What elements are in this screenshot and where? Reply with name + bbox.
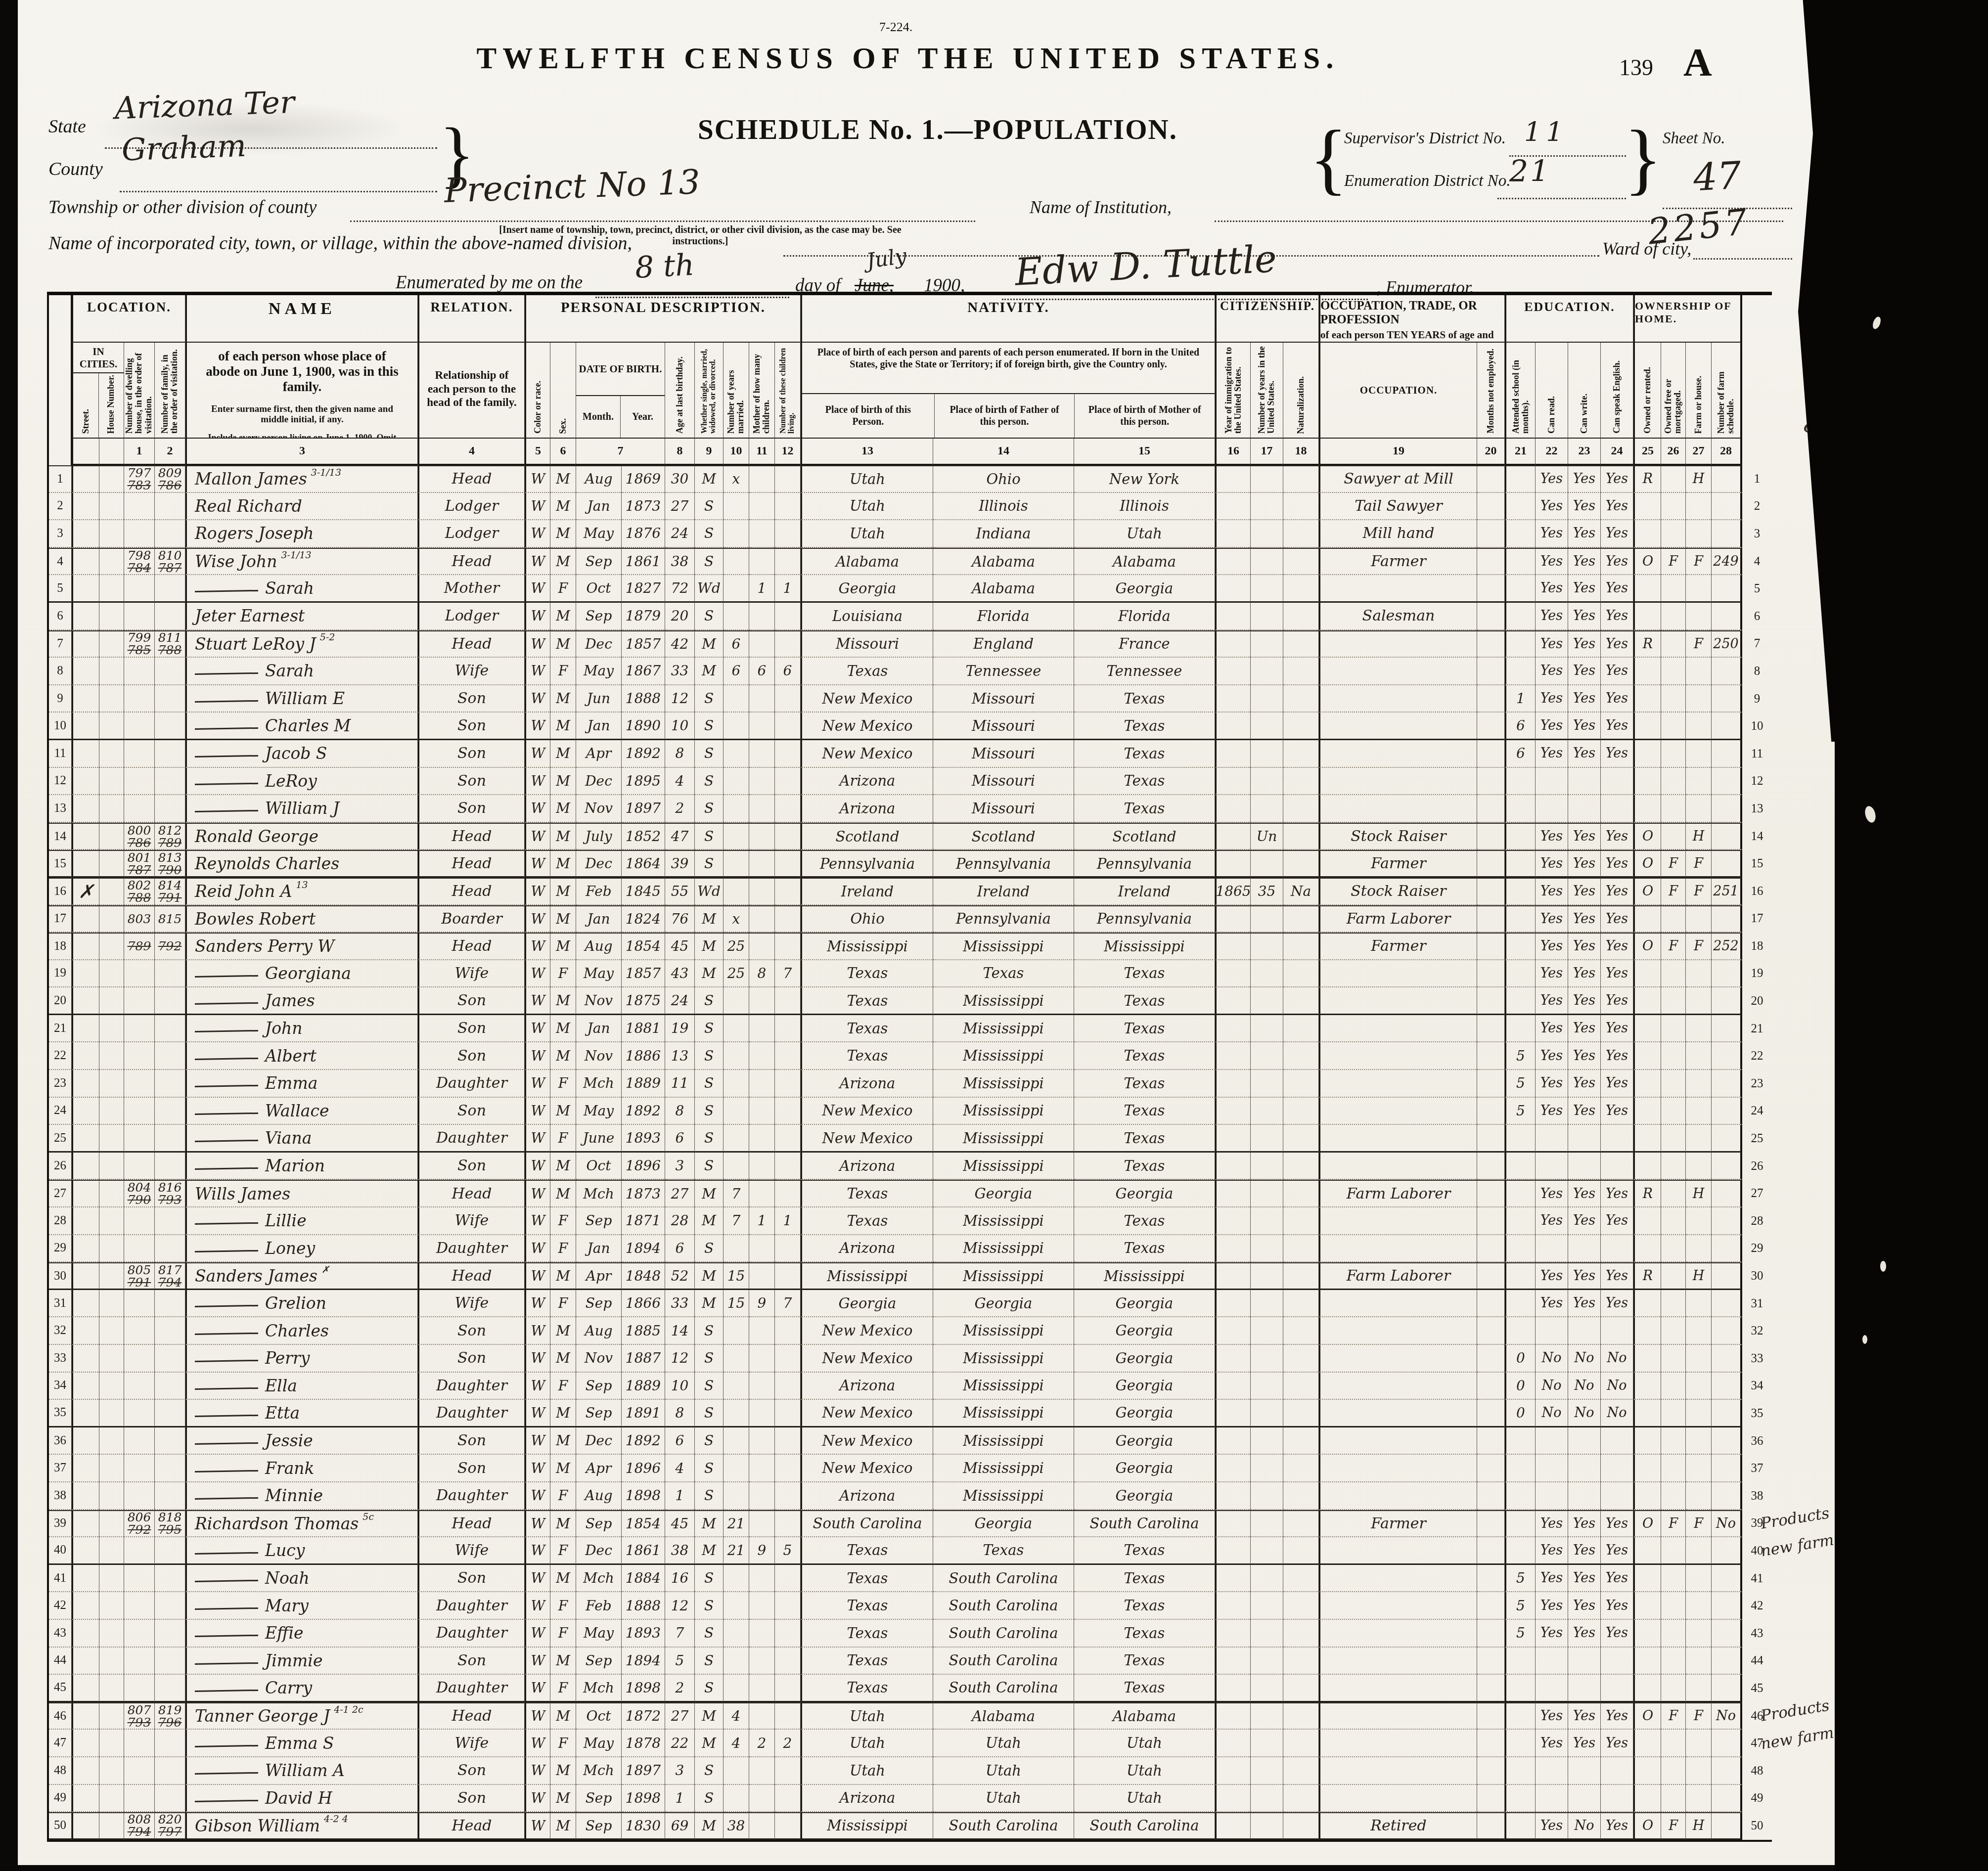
cell-yu-row-33: [1251, 1345, 1283, 1373]
cell-ym-row-41: [723, 1565, 749, 1593]
cell-value: H: [1693, 471, 1705, 487]
cell-fh-row-4: F: [1686, 548, 1712, 576]
cell-value: M: [556, 800, 570, 816]
cell-age-row-3: 24: [665, 520, 695, 548]
cell-mar-row-37: S: [695, 1455, 723, 1482]
cell-en-row-35: No: [1601, 1400, 1633, 1427]
cell-bm-row-25: June: [576, 1125, 622, 1153]
cell-ow-row-40: [1633, 1537, 1661, 1565]
cell-rd-row-12: [1536, 768, 1568, 796]
cell-rnl-row-32: 32: [49, 1317, 72, 1345]
cell-name-row-28: Lillie: [185, 1207, 418, 1235]
cell-fh-row-46: F: [1686, 1702, 1712, 1730]
cell-mn-row-6: [1477, 603, 1505, 630]
cell-na-row-50: [1283, 1812, 1319, 1840]
cell-cl-row-18: [775, 933, 801, 960]
cell-value: No: [1575, 1818, 1594, 1833]
cell-value: 1: [758, 580, 767, 596]
cell-bm-row-39: Sep: [576, 1510, 622, 1538]
cell-rnl-row-5: 5: [49, 575, 72, 603]
cell-value: W: [531, 471, 545, 487]
cell-pb-row-33: New Mexico: [801, 1345, 933, 1373]
cell-sc-row-30: [1505, 1262, 1536, 1290]
cell-fam-row-24: [155, 1098, 185, 1125]
person-name: Albert: [265, 1046, 316, 1066]
cell-value: Yes: [1573, 1736, 1595, 1751]
cell-fs-row-13: [1712, 795, 1742, 823]
cell-col-row-36: W: [525, 1427, 550, 1455]
cell-na-row-35: [1283, 1400, 1319, 1427]
cell-sc-row-40: [1505, 1537, 1536, 1565]
cell-value: Yes: [1573, 471, 1595, 487]
cell-value: 1869: [626, 471, 661, 487]
cell-value: H: [1693, 1268, 1705, 1284]
cell-rnl-row-24: 24: [49, 1098, 72, 1125]
col-street-header: Street.: [73, 373, 98, 438]
cell-mar-row-48: S: [695, 1757, 723, 1785]
cell-value: Georgia: [1116, 580, 1174, 597]
cell-mar-row-27: M: [695, 1180, 723, 1207]
cell-fam-row-13: [155, 795, 185, 823]
cell-im-row-12: [1215, 768, 1251, 796]
cell-value: Utah: [850, 1735, 885, 1751]
cell-mn-row-2: [1477, 493, 1505, 521]
cell-rnl-row-23: 23: [49, 1070, 72, 1098]
cell-by-row-25: 1893: [622, 1125, 665, 1153]
cell-rd-row-19: Yes: [1536, 960, 1568, 988]
cell-pf-row-31: Georgia: [933, 1290, 1074, 1318]
cell-value: Missouri: [972, 690, 1035, 707]
cell-sc-row-10: 6: [1505, 713, 1536, 740]
cell-value: W: [531, 1735, 545, 1751]
row-number: 22: [54, 1049, 66, 1063]
cell-by-row-43: 1893: [622, 1620, 665, 1648]
cell-pm-row-34: Georgia: [1074, 1373, 1215, 1400]
cell-sc-row-22: 5: [1505, 1042, 1536, 1070]
cell-value: Arizona: [840, 772, 896, 789]
cell-value: W: [531, 1652, 545, 1669]
colnum-22: 22: [1536, 439, 1568, 465]
cell-fm-row-47: [1661, 1730, 1686, 1757]
cell-age-row-49: 1: [665, 1785, 695, 1813]
cell-by-row-37: 1896: [622, 1455, 665, 1482]
cell-mo-row-15: [749, 850, 775, 878]
cell-value: 25: [727, 938, 745, 954]
cell-name-row-44: Jimmie: [185, 1648, 418, 1675]
cell-pb-row-29: Arizona: [801, 1235, 933, 1263]
cell-rnr-row-37: 37: [1742, 1455, 1772, 1482]
cell-value: 52: [671, 1268, 689, 1284]
cell-value: S: [704, 608, 714, 624]
cell-value: Yes: [1606, 580, 1628, 596]
cell-value: New Mexico: [822, 1432, 913, 1449]
cell-value: Missouri: [972, 772, 1035, 789]
cell-bm-row-41: Mch: [576, 1565, 622, 1593]
cell-fs-row-18: 252: [1712, 933, 1742, 960]
cell-rnl-row-21: 21: [49, 1015, 72, 1043]
cell-ym-row-50: 38: [723, 1812, 749, 1840]
cell-cl-row-29: [775, 1235, 801, 1263]
cell-house-row-43: [99, 1620, 124, 1648]
cell-pf-row-16: Ireland: [933, 878, 1074, 905]
cell-dw-row-37: [124, 1455, 155, 1482]
cell-mn-row-42: [1477, 1592, 1505, 1620]
cell-value: 38: [671, 553, 689, 570]
cell-im-row-8: [1215, 658, 1251, 685]
cell-ow-row-4: O: [1633, 548, 1661, 576]
fam-number-old-struck: 794: [158, 1276, 182, 1289]
cell-age-row-32: 14: [665, 1317, 695, 1345]
cell-value: W: [531, 1680, 545, 1696]
cell-col-row-2: W: [525, 493, 550, 521]
person-name: Gibson William: [195, 1816, 320, 1835]
cell-value: W: [531, 1075, 545, 1091]
person-name: Mary: [265, 1596, 309, 1615]
cell-house-row-1: [99, 465, 124, 493]
cell-fh-row-9: [1686, 685, 1712, 713]
cell-mn-row-22: [1477, 1042, 1505, 1070]
cell-value: Yes: [1606, 1048, 1628, 1064]
cell-fam-row-1: 809786: [155, 465, 185, 493]
cell-value: Yes: [1573, 498, 1595, 514]
same-family-ditto-dash: [195, 590, 258, 592]
cell-mo-row-38: [749, 1482, 775, 1510]
cell-oc-row-15: Farmer: [1319, 850, 1477, 878]
cell-fam-row-49: [155, 1785, 185, 1813]
cell-im-row-18: [1215, 933, 1251, 960]
cell-oc-row-49: [1319, 1785, 1477, 1813]
cell-rnr-row-6: 6: [1742, 603, 1772, 630]
cell-pf-row-3: Indiana: [933, 520, 1074, 548]
col-age-header: Age at last birthday.: [665, 343, 695, 439]
cell-rel-row-9: Son: [418, 685, 525, 713]
county-line: [120, 191, 437, 192]
cell-sex-row-50: M: [550, 1812, 576, 1840]
cell-value: Yes: [1606, 498, 1628, 514]
cell-pm-row-24: Texas: [1074, 1098, 1215, 1125]
fam-number-old-struck: 791: [158, 891, 182, 904]
cell-ow-row-27: R: [1633, 1180, 1661, 1207]
cell-bm-row-14: July: [576, 823, 622, 850]
cell-age-row-14: 47: [665, 823, 695, 850]
cell-sex-row-9: M: [550, 685, 576, 713]
cell-value: Jan: [587, 1020, 610, 1036]
cell-mn-row-15: [1477, 850, 1505, 878]
cell-value: 1848: [626, 1268, 661, 1284]
cell-value: Mother: [444, 579, 499, 597]
cell-value: Yes: [1573, 1103, 1595, 1118]
cell-value: W: [531, 1186, 545, 1202]
cell-mar-row-2: S: [695, 493, 723, 521]
cell-value: Yes: [1573, 1075, 1595, 1091]
row-number: 50: [1751, 1819, 1763, 1833]
cell-value: Yes: [1540, 608, 1563, 624]
cell-pf-row-34: Mississippi: [933, 1373, 1074, 1400]
cell-value: June: [583, 1130, 615, 1146]
cell-fm-row-20: [1661, 987, 1686, 1015]
cell-mn-row-45: [1477, 1675, 1505, 1702]
cell-by-row-17: 1824: [622, 905, 665, 933]
cell-sex-row-17: M: [550, 905, 576, 933]
cell-mn-row-44: [1477, 1648, 1505, 1675]
cell-sc-row-35: 0: [1505, 1400, 1536, 1427]
cell-fh-row-48: [1686, 1757, 1712, 1785]
cell-by-row-45: 1898: [622, 1675, 665, 1702]
person-name: Viana: [265, 1128, 312, 1148]
cell-value: Yes: [1540, 829, 1563, 844]
cell-mar-row-11: S: [695, 740, 723, 768]
cell-value: Texas: [983, 1542, 1024, 1559]
cell-mo-row-45: [749, 1675, 775, 1702]
cell-na-row-27: [1283, 1180, 1319, 1207]
cell-name-row-19: Georgiana: [185, 960, 418, 988]
cell-ow-row-32: [1633, 1317, 1661, 1345]
cell-fh-row-1: H: [1686, 465, 1712, 493]
cell-sex-row-20: M: [550, 987, 576, 1015]
cell-value: No: [1575, 1350, 1594, 1366]
cell-value: 1884: [626, 1570, 661, 1586]
cell-sex-row-32: M: [550, 1317, 576, 1345]
cell-yu-row-13: [1251, 795, 1283, 823]
cell-value: 7: [732, 1212, 741, 1229]
cell-value: May: [584, 1625, 614, 1641]
row-number: 36: [54, 1434, 66, 1448]
cell-value: W: [531, 525, 545, 541]
cell-en-row-12: [1601, 768, 1633, 796]
group-education: EDUCATION.: [1505, 295, 1633, 343]
cell-value: 1830: [626, 1818, 661, 1834]
enumerator-tally-mark: 3-1/13: [281, 550, 311, 561]
cell-wr-row-19: Yes: [1568, 960, 1601, 988]
cell-value: M: [556, 1515, 570, 1532]
cell-pm-row-46: Alabama: [1074, 1702, 1215, 1730]
cell-value: Texas: [983, 965, 1024, 981]
cell-en-row-2: Yes: [1601, 493, 1633, 521]
cell-sex-row-42: F: [550, 1592, 576, 1620]
cell-fam-row-42: [155, 1592, 185, 1620]
cell-sc-row-47: [1505, 1730, 1536, 1757]
cell-value: Un: [1257, 828, 1277, 845]
cell-street-row-47: [72, 1730, 99, 1757]
cell-na-row-5: [1283, 575, 1319, 603]
cell-ym-row-1: x: [723, 465, 749, 493]
cell-fh-row-33: [1686, 1345, 1712, 1373]
cell-pm-row-30: Mississippi: [1074, 1262, 1215, 1290]
occupation-subtitle: of each person TEN YEARS of age and over…: [1320, 329, 1504, 343]
cell-rnr-row-23: 23: [1742, 1070, 1772, 1098]
cell-value: 39: [671, 855, 689, 872]
cell-house-row-11: [99, 740, 124, 768]
cell-fh-row-29: [1686, 1235, 1712, 1263]
colnum-28: 28: [1712, 439, 1742, 465]
cell-fm-row-28: [1661, 1207, 1686, 1235]
cell-en-row-16: Yes: [1601, 878, 1633, 905]
cell-fm-row-42: [1661, 1592, 1686, 1620]
cell-fs-row-15: [1712, 850, 1742, 878]
cell-fh-row-8: [1686, 658, 1712, 685]
cell-rnr-row-1: 1: [1742, 465, 1772, 493]
cell-en-row-1: Yes: [1601, 465, 1633, 493]
cell-value: W: [531, 828, 545, 845]
cell-ow-row-30: R: [1633, 1262, 1661, 1290]
cell-mn-row-23: [1477, 1070, 1505, 1098]
cell-rel-row-50: Head: [418, 1812, 525, 1840]
cell-fs-row-2: [1712, 493, 1742, 521]
cell-value: Son: [457, 1157, 486, 1174]
cell-street-row-22: [72, 1042, 99, 1070]
cell-name-row-14: Ronald George: [185, 823, 418, 850]
cell-value: Arizona: [840, 1075, 896, 1092]
cell-rnr-row-8: 8: [1742, 658, 1772, 685]
cell-ym-row-10: [723, 713, 749, 740]
cell-ym-row-34: [723, 1373, 749, 1400]
cell-value: W: [531, 717, 545, 734]
cell-house-row-14: [99, 823, 124, 850]
colnum-17: 17: [1251, 439, 1283, 465]
cell-rd-row-14: Yes: [1536, 823, 1568, 850]
cell-col-row-48: W: [525, 1757, 550, 1785]
cell-rel-row-25: Daughter: [418, 1125, 525, 1153]
cell-value: Georgia: [1116, 1295, 1174, 1312]
cell-value: M: [702, 1735, 716, 1751]
cell-pf-row-9: Missouri: [933, 685, 1074, 713]
col-years-married-header: Number of years married.: [723, 343, 749, 439]
same-family-ditto-dash: [195, 727, 258, 730]
cell-mar-row-22: S: [695, 1042, 723, 1070]
cell-im-row-46: [1215, 1702, 1251, 1730]
cell-rel-row-16: Head: [418, 878, 525, 905]
cell-value: Mississippi: [963, 938, 1043, 955]
cell-dw-row-11: [124, 740, 155, 768]
cell-street-row-2: [72, 493, 99, 521]
cell-mo-row-50: [749, 1812, 775, 1840]
row-number: 45: [54, 1681, 66, 1694]
cell-rnl-row-38: 38: [49, 1482, 72, 1510]
cell-wr-row-40: Yes: [1568, 1537, 1601, 1565]
cell-value: R: [1643, 1186, 1653, 1202]
population-schedule-table: LOCATION. NAME RELATION. PERSONAL DESCRI…: [47, 292, 1772, 1842]
cell-street-row-15: [72, 850, 99, 878]
cell-rnl-row-19: 19: [49, 960, 72, 988]
cell-fs-row-39: No: [1712, 1510, 1742, 1538]
person-name: Charles: [265, 1321, 329, 1340]
cell-en-row-37: [1601, 1455, 1633, 1482]
cell-pf-row-48: Utah: [933, 1757, 1074, 1785]
same-family-ditto-dash: [195, 1497, 258, 1500]
cell-value: M: [556, 690, 570, 707]
cell-value: Georgia: [1116, 1350, 1174, 1367]
cell-value: 12: [671, 1350, 689, 1366]
cell-bm-row-40: Dec: [576, 1537, 622, 1565]
cell-value: Utah: [986, 1735, 1021, 1751]
cell-value: Texas: [1124, 992, 1165, 1009]
cell-value: Yes: [1606, 1598, 1628, 1613]
cell-value: 1879: [626, 608, 661, 624]
cell-pm-row-13: Texas: [1074, 795, 1215, 823]
cell-name-row-15: Reynolds Charles: [185, 850, 418, 878]
same-family-ditto-dash: [195, 1002, 258, 1005]
cell-age-row-42: 12: [665, 1592, 695, 1620]
cell-mn-row-48: [1477, 1757, 1505, 1785]
cell-value: 252: [1713, 938, 1739, 954]
cell-value: Yes: [1573, 1268, 1595, 1284]
cell-value: Georgia: [1116, 1404, 1174, 1421]
cell-value: Yes: [1573, 1570, 1595, 1586]
cell-pm-row-12: Texas: [1074, 768, 1215, 796]
cell-wr-row-12: [1568, 768, 1601, 796]
cell-rnr-row-7: 7: [1742, 630, 1772, 658]
cell-value: Sep: [586, 1295, 612, 1311]
cell-street-row-8: [72, 658, 99, 685]
row-number: 6: [57, 609, 63, 623]
cell-yu-row-30: [1251, 1262, 1283, 1290]
cell-street-row-39: [72, 1510, 99, 1538]
person-name: Loney: [265, 1239, 315, 1258]
cell-street-row-42: [72, 1592, 99, 1620]
cell-house-row-30: [99, 1262, 124, 1290]
cell-pm-row-5: Georgia: [1074, 575, 1215, 603]
cell-value: Mississippi: [963, 1212, 1043, 1229]
cell-value: South Carolina: [813, 1515, 922, 1532]
cell-value: F: [1669, 884, 1678, 899]
cell-na-row-12: [1283, 768, 1319, 796]
cell-wr-row-24: Yes: [1568, 1098, 1601, 1125]
cell-age-row-50: 69: [665, 1812, 695, 1840]
cell-rel-row-12: Son: [418, 768, 525, 796]
cell-value: Utah: [1127, 525, 1162, 542]
cell-street-row-9: [72, 685, 99, 713]
row-number: 19: [1751, 967, 1763, 980]
cell-age-row-34: 10: [665, 1373, 695, 1400]
cell-street-row-16: ✗: [72, 878, 99, 905]
cell-pf-row-20: Mississippi: [933, 987, 1074, 1015]
cell-mo-row-46: [749, 1702, 775, 1730]
cell-ym-row-8: 6: [723, 658, 749, 685]
cell-value: S: [704, 1598, 714, 1614]
cell-mo-row-42: [749, 1592, 775, 1620]
cell-value: Texas: [1124, 1102, 1165, 1119]
cell-value: Texas: [1124, 1542, 1165, 1559]
cell-value: Sep: [586, 1212, 612, 1229]
cell-value: Yes: [1540, 1295, 1563, 1311]
cell-value: 1896: [626, 1158, 661, 1174]
cell-mo-row-13: [749, 795, 775, 823]
cell-oc-row-19: [1319, 960, 1477, 988]
cell-value: Yes: [1540, 691, 1563, 706]
cell-na-row-20: [1283, 987, 1319, 1015]
cell-yu-row-21: [1251, 1015, 1283, 1043]
cell-en-row-10: Yes: [1601, 713, 1633, 740]
cell-value: M: [556, 883, 570, 899]
cell-mar-row-50: M: [695, 1812, 723, 1840]
cell-fh-row-42: [1686, 1592, 1712, 1620]
cell-col-row-20: W: [525, 987, 550, 1015]
cell-en-row-34: No: [1601, 1373, 1633, 1400]
cell-value: Salesman: [1362, 607, 1435, 624]
cell-house-row-31: [99, 1290, 124, 1318]
cell-value: W: [531, 1460, 545, 1476]
cell-value: Arizona: [840, 1158, 896, 1174]
cell-wr-row-25: [1568, 1125, 1601, 1153]
cell-im-row-35: [1215, 1400, 1251, 1427]
cell-value: M: [556, 1268, 570, 1284]
cell-value: M: [556, 1570, 570, 1586]
cell-mn-row-29: [1477, 1235, 1505, 1263]
cell-rel-row-15: Head: [418, 850, 525, 878]
cell-value: 5: [676, 1652, 684, 1669]
cell-pb-row-41: Texas: [801, 1565, 933, 1593]
row-number: 1: [57, 472, 63, 486]
